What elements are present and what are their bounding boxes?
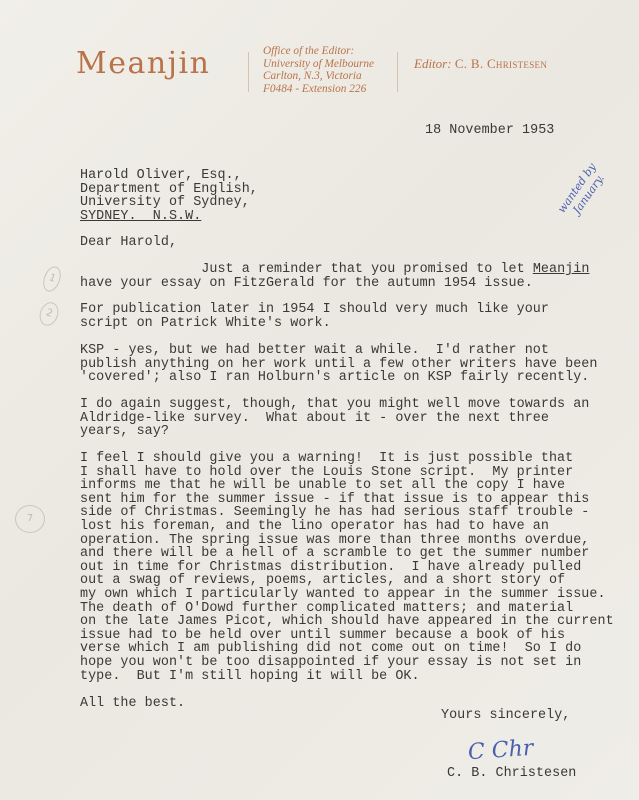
recipient-line: Department of English, [80, 183, 258, 197]
paragraph-2: For publication later in 1954 I should v… [80, 303, 549, 330]
address-line: Office of the Editor: [263, 45, 374, 58]
signoff: Yours sincerely, [441, 709, 570, 723]
recipient-line: Harold Oliver, Esq., [80, 169, 258, 183]
salutation: Dear Harold, [80, 236, 177, 250]
margin-mark-2: 2 [36, 300, 61, 329]
address-line: Carlton, N.3, Victoria [263, 70, 374, 83]
recipient-block: Harold Oliver, Esq.,Department of Englis… [80, 169, 258, 223]
handwritten-note: wanted by January. [555, 161, 609, 223]
letterhead-divider [248, 52, 249, 92]
letterhead-divider [397, 52, 398, 92]
meanjin-underlined: Meanjin [533, 262, 590, 277]
editor-label: Editor: [414, 56, 452, 71]
margin-mark-1: 1 [40, 264, 64, 294]
paragraph-3: KSP - yes, but we had better wait a whil… [80, 344, 597, 385]
address-line: F0484 - Extension 226 [263, 83, 374, 96]
paragraph-4: I do again suggest, though, that you mig… [80, 398, 589, 439]
letterhead-address: Office of the Editor: University of Melb… [263, 45, 374, 95]
letterhead-title: Meanjin [76, 46, 210, 81]
signatory-name: C. B. Christesen [447, 767, 576, 781]
address-line: University of Melbourne [263, 58, 374, 71]
recipient-line: University of Sydney, [80, 196, 258, 210]
closing: All the best. [80, 697, 185, 711]
paragraph-1: Just a reminder that you promised to let… [80, 263, 589, 290]
paragraph-1-rest: have your essay on FitzGerald for the au… [80, 276, 533, 291]
letter-page: Meanjin Office of the Editor: University… [0, 0, 639, 800]
paragraph-5: I feel I should give you a warning! It i… [80, 452, 614, 683]
recipient-city: SYDNEY. N.S.W. [80, 210, 258, 224]
margin-mark-3: 7 [15, 505, 45, 533]
handwritten-signature: C Chr [467, 736, 534, 765]
editor-name: C. B. Christesen [455, 56, 547, 71]
letterhead-editor: Editor: C. B. Christesen [414, 56, 547, 72]
letter-date: 18 November 1953 [425, 124, 554, 138]
